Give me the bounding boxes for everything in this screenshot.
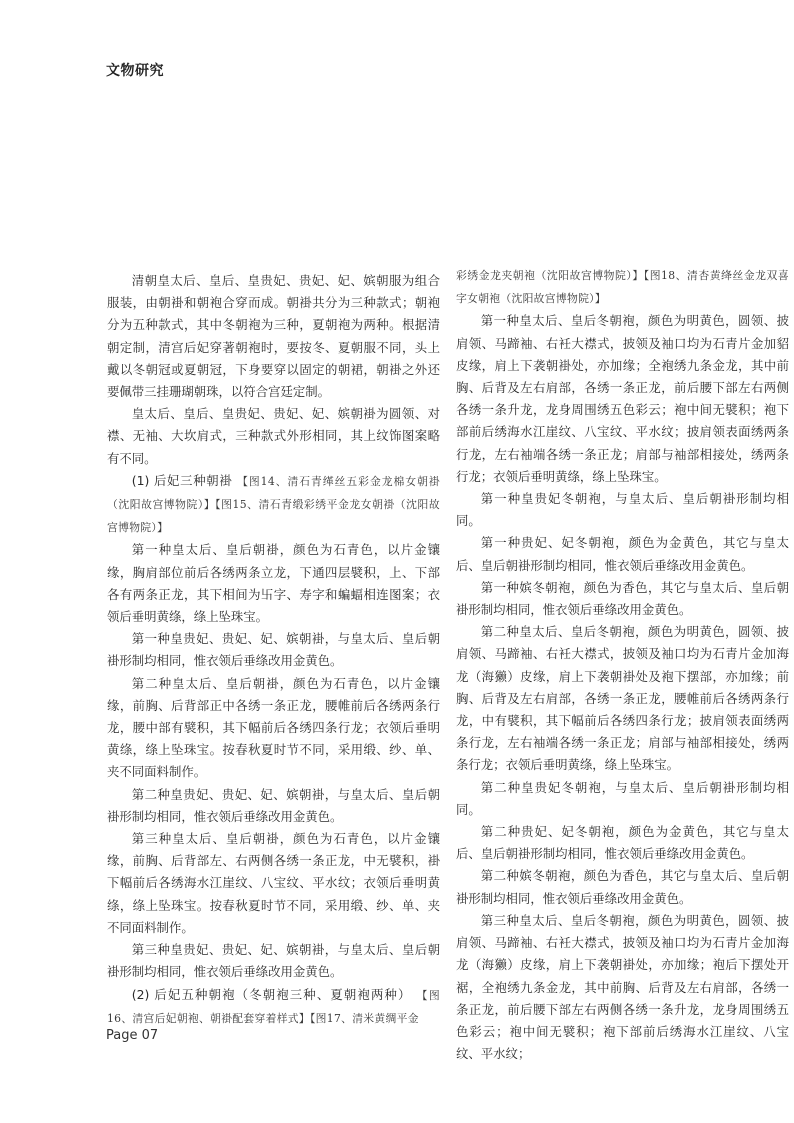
paragraph: 第三种皇贵妃、贵妃、妃、嫔朝褂，与皇太后、皇后朝褂形制均相同，惟衣领后垂绦改用金… — [107, 939, 440, 983]
paragraph: 第三种皇太后、皇后朝褂，颜色为石青色，以片金镶缘，前胸、后背部左、右两侧各绣一条… — [107, 828, 440, 939]
paragraph-text: 第三种皇贵妃、贵妃、妃、嫔朝褂，与皇太后、皇后朝褂形制均相同，惟衣领后垂绦改用金… — [107, 942, 440, 979]
paragraph-text: 第一种皇贵妃冬朝袍，与皇太后、皇后朝褂形制均相同。 — [456, 491, 789, 528]
caption-continuation: 彩绣金龙夹朝袍（沈阳故宫博物院）】【图18、清杏黄绛丝金龙双喜字女朝袍（沈阳故宫… — [456, 264, 789, 310]
paragraph: 第二种皇太后、皇后朝褂，颜色为石青色，以片金镶缘，前胸、后背部正中各绣一条正龙，… — [107, 673, 440, 784]
paragraph-text: 第二种嫔冬朝袍，颜色为香色，其它与皇太后、皇后朝褂形制均相同，惟衣领后垂绦改用金… — [456, 868, 789, 905]
paragraph: 第一种皇贵妃、贵妃、妃、嫔朝褂，与皇太后、皇后朝褂形制均相同，惟衣领后垂绦改用金… — [107, 628, 440, 672]
paragraph-text: 第二种贵妃、妃冬朝袍，颜色为金黄色，其它与皇太后、皇后朝褂形制均相同，惟衣领后垂… — [456, 824, 789, 861]
subheading-text: (2) 后妃五种朝袍（冬朝袍三种、夏朝袍两种） — [132, 987, 412, 1002]
figure-caption: 【图17、清米黄绸平金 — [310, 1012, 419, 1025]
paragraph: 皇太后、皇后、皇贵妃、贵妃、妃、嫔朝褂为圆领、对襟、无袖、大坎肩式，三种款式外形… — [107, 403, 440, 470]
section-header: 文物研究 — [106, 60, 164, 80]
paragraph-text: 第一种皇贵妃、贵妃、妃、嫔朝褂，与皇太后、皇后朝褂形制均相同，惟衣领后垂绦改用金… — [107, 631, 440, 668]
paragraph-text: 第三种皇太后、皇后冬朝袍，颜色为明黄色，圆领、披肩领、马蹄袖、右衽大襟式，披领及… — [456, 913, 789, 1061]
paragraph: 第二种皇贵妃冬朝袍，与皇太后、皇后朝褂形制均相同。 — [456, 777, 789, 821]
paragraph: 第三种皇太后、皇后冬朝袍，颜色为明黄色，圆领、披肩领、马蹄袖、右衽大襟式，披领及… — [456, 910, 789, 1065]
subheading-paragraph: (2) 后妃五种朝袍（冬朝袍三种、夏朝袍两种） 【图16、清宫后妃朝袍、朝褂配套… — [107, 984, 440, 1030]
paragraph-text: 第二种皇太后、皇后朝褂，颜色为石青色，以片金镶缘，前胸、后背部正中各绣一条正龙，… — [107, 676, 440, 780]
subheading-paragraph: (1) 后妃三种朝褂 【图14、清石青缂丝五彩金龙棉女朝褂（沈阳故宫博物院）】【… — [107, 470, 440, 540]
paragraph: 第二种贵妃、妃冬朝袍，颜色为金黄色，其它与皇太后、皇后朝褂形制均相同，惟衣领后垂… — [456, 821, 789, 865]
paragraph: 第一种皇贵妃冬朝袍，与皇太后、皇后朝褂形制均相同。 — [456, 488, 789, 532]
paragraph: 第二种皇太后、皇后冬朝袍，颜色为明黄色，圆领、披肩领、马蹄袖、右衽大襟式，披领及… — [456, 621, 789, 776]
page-number: Page 07 — [106, 1028, 158, 1043]
paragraph-text: 皇太后、皇后、皇贵妃、贵妃、妃、嫔朝褂为圆领、对襟、无袖、大坎肩式，三种款式外形… — [107, 406, 440, 465]
subheading-text: (1) 后妃三种朝褂 — [132, 473, 233, 488]
left-column: 清朝皇太后、皇后、皇贵妃、贵妃、妃、嫔朝服为组合服装，由朝褂和朝袍合穿而成。朝褂… — [107, 270, 440, 1030]
paragraph-text: 第一种贵妃、妃冬朝袍，颜色为金黄色，其它与皇太后、皇后朝褂形制均相同，惟衣领后垂… — [456, 535, 789, 572]
paragraph: 清朝皇太后、皇后、皇贵妃、贵妃、妃、嫔朝服为组合服装，由朝褂和朝袍合穿而成。朝褂… — [107, 270, 440, 403]
paragraph-text: 第一种嫔冬朝袍，颜色为香色，其它与皇太后、皇后朝褂形制均相同，惟衣领后垂绦改用金… — [456, 580, 789, 617]
figure-caption: 彩绣金龙夹朝袍（沈阳故宫博物院）】 — [456, 269, 644, 282]
paragraph-text: 清朝皇太后、皇后、皇贵妃、贵妃、妃、嫔朝服为组合服装，由朝褂和朝袍合穿而成。朝褂… — [107, 273, 440, 399]
right-column: 彩绣金龙夹朝袍（沈阳故宫博物院）】【图18、清杏黄绛丝金龙双喜字女朝袍（沈阳故宫… — [456, 264, 789, 1065]
paragraph-text: 第二种皇太后、皇后冬朝袍，颜色为明黄色，圆领、披肩领、马蹄袖、右衽大襟式，披领及… — [456, 624, 789, 772]
paragraph-text: 第一种皇太后、皇后冬朝袍，颜色为明黄色，圆领、披肩领、马蹄袖、右衽大襟式，披领及… — [456, 313, 789, 483]
paragraph: 第一种嫔冬朝袍，颜色为香色，其它与皇太后、皇后朝褂形制均相同，惟衣领后垂绦改用金… — [456, 577, 789, 621]
paragraph: 第二种皇贵妃、贵妃、妃、嫔朝褂，与皇太后、皇后朝褂形制均相同，惟衣领后垂绦改用金… — [107, 784, 440, 828]
paragraph: 第一种皇太后、皇后朝褂，颜色为石青色，以片金镶缘，胸肩部位前后各绣两条立龙，下通… — [107, 539, 440, 628]
paragraph: 第二种嫔冬朝袍，颜色为香色，其它与皇太后、皇后朝褂形制均相同，惟衣领后垂绦改用金… — [456, 865, 789, 909]
paragraph-text: 第一种皇太后、皇后朝褂，颜色为石青色，以片金镶缘，胸肩部位前后各绣两条立龙，下通… — [107, 542, 440, 624]
paragraph-text: 第二种皇贵妃、贵妃、妃、嫔朝褂，与皇太后、皇后朝褂形制均相同，惟衣领后垂绦改用金… — [107, 787, 440, 824]
paragraph: 第一种贵妃、妃冬朝袍，颜色为金黄色，其它与皇太后、皇后朝褂形制均相同，惟衣领后垂… — [456, 532, 789, 576]
paragraph-text: 第三种皇太后、皇后朝褂，颜色为石青色，以片金镶缘，前胸、后背部左、右两侧各绣一条… — [107, 831, 440, 935]
paragraph: 第一种皇太后、皇后冬朝袍，颜色为明黄色，圆领、披肩领、马蹄袖、右衽大襟式，披领及… — [456, 310, 789, 488]
paragraph-text: 第二种皇贵妃冬朝袍，与皇太后、皇后朝褂形制均相同。 — [456, 780, 789, 817]
